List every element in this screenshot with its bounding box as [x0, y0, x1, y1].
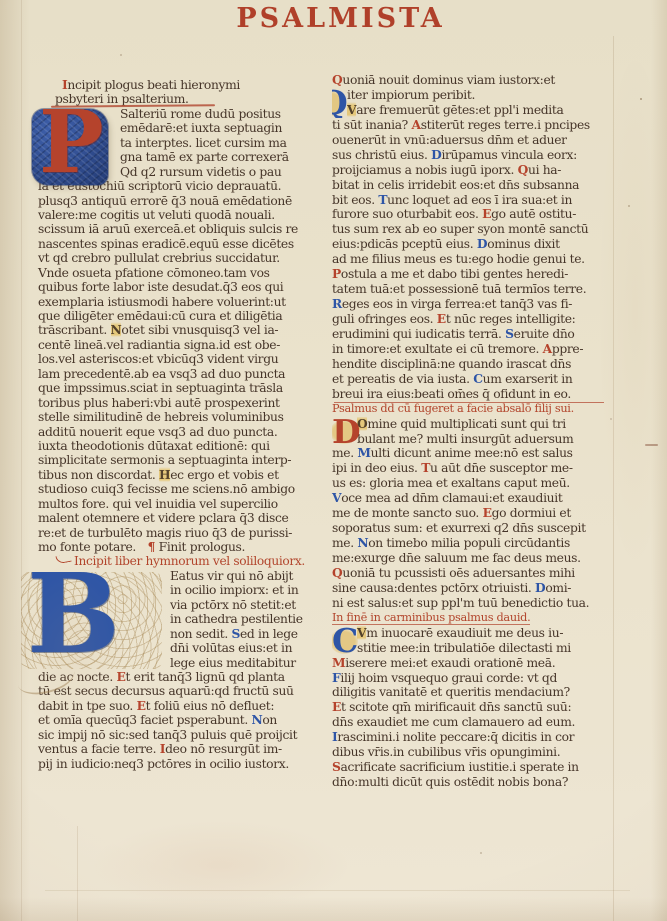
gutter-crease [21, 0, 22, 921]
text-line: stitie mee:in tribulatiōe dilectasti mi [332, 641, 614, 656]
text-line: studioso cuiq3 fecisse me sciens.nō ambi… [38, 482, 328, 496]
text-line: hendite disciplinā:ne quando irascat dn̄… [332, 357, 614, 372]
text-line: toribus plus haberi:vbi autē prospexerin… [38, 396, 328, 410]
text-line: ni est salus:et sup ppl'm tuū benedictio… [332, 596, 614, 611]
text-line: Vare fremuerūt gētes:et ppl'i medita [332, 103, 614, 118]
text-line: plusq3 antiquū errorē q̄3 nouā emēdation… [38, 194, 328, 208]
text-line: bulant me? multi insurgūt aduersum [332, 432, 614, 447]
verse-initial-d: D [431, 147, 441, 162]
text-line: Filij hoim vsquequo graui corde: vt qd [332, 671, 614, 686]
text-line: Reges eos in virga ferrea:et tanq̄3 vas … [332, 297, 614, 312]
drop-initial-d: D [332, 417, 357, 447]
illuminated-initial-b: B [21, 572, 162, 669]
verse-initial-c: C [473, 371, 482, 386]
illuminated-initial-p: P [32, 109, 108, 185]
text-line: erudimini qui iudicatis terrā. Seruite d… [332, 327, 614, 342]
text-line: Quoniā nouit dominus viam iustorx:et [332, 73, 614, 88]
text-line: Et scitote qm̄ mirificauit dn̄s sanctū s… [332, 700, 614, 715]
text-line: exemplaria istiusmodi habere voluerint:u… [38, 295, 328, 309]
verse-initial-s: S [332, 759, 341, 774]
ruling-line-right [613, 36, 614, 921]
text-line: Vnde osueta pfatione cōmoneo.tam vos [38, 266, 328, 280]
text-line: multos fore. qui vel inuidia vel superci… [38, 497, 328, 511]
text-line: et pereatis de via iusta. Cum exarserit … [332, 372, 614, 387]
verse-initial-i: I [332, 729, 337, 744]
text-line: sine causa:dentes pctōrx otriuisti. Domi… [332, 581, 614, 596]
text-line: us es: gloria mea et exaltans caput meū. [332, 476, 614, 491]
right-column: Quoniā nouit dominus viam iustorx:etQite… [332, 73, 614, 790]
verse-initial-q: Q [332, 565, 342, 580]
text-line: me. Multi dicunt anime mee:nō est salus [332, 446, 614, 461]
verse-initial-p: P [332, 266, 341, 281]
verse-initial-n: N [357, 535, 368, 550]
verse-initial-r: R [332, 296, 342, 311]
parchment-stain [90, 820, 350, 910]
verse-initial-m: M [332, 655, 345, 670]
verse-initial-h: H [159, 467, 170, 482]
text-line: tū est secus decursus aquarū:qd fructū s… [38, 684, 328, 698]
text-line: dibus vr̄is.in cubilibus vr̄is opungimin… [332, 745, 614, 760]
text-line: malent otemnere et videre pclara q̄3 dis… [38, 511, 328, 525]
verse-initial-t: T [378, 192, 387, 207]
verse-initial-d: D [535, 580, 545, 595]
text-line: dn̄s exaudiet me cum clamauero ad eum. [332, 715, 614, 730]
text-line: ouenerūt in vnū:aduersus dn̄m et aduer [332, 133, 614, 148]
text-line: Omine quid multiplicati sunt qui tri [332, 417, 614, 432]
verse-initial-q: Q [332, 72, 342, 87]
text-line: tus sum rex ab eo super syon montē sanct… [332, 222, 614, 237]
text-line: centē lineā.vel radiantia signa.id est o… [38, 338, 328, 352]
verse-with-drop-initial: Qiter impiorum peribit.Vare fremuerūt gē… [332, 88, 614, 118]
text-line: breui ira eius:beati om̄es q̄ ofidunt in… [332, 387, 614, 402]
verse-initial-s: S [231, 626, 240, 641]
text-line: soporatus sum: et exurrexi q2 dn̄s susce… [332, 521, 614, 536]
rubric-text: Psalmus dd cū fugeret a facie absalō fil… [332, 402, 574, 415]
text-line: additū nouerit eque vsq3 ad duo puncta. [38, 425, 328, 439]
text-line: Irascimini.i nolite peccare:q̄ dicitis i… [332, 730, 614, 745]
text-line: me. Non timebo milia populi circūdantis [332, 536, 614, 551]
text-line: et omīa quecūq3 faciet psperabunt. Non [38, 713, 328, 727]
initial-letter: P [39, 97, 104, 189]
manuscript-page: PSALMISTA Incipit plogus beati hieronymi… [0, 0, 667, 921]
text-line: los.vel asteriscos:et vbicūq3 vident vir… [38, 352, 328, 366]
verse-initial-i: I [62, 77, 67, 92]
verse-with-drop-initial: DOmine quid multiplicati sunt qui tribul… [332, 417, 614, 447]
verse-initial-a: A [411, 117, 420, 132]
text-line: sic impij nō sic:sed tanq̄3 puluis quē p… [38, 728, 328, 742]
text-line: Incipit plogus beati hieronymi [62, 78, 328, 92]
ruling-line-bottom [45, 890, 630, 891]
verse-initial-e: E [437, 311, 446, 326]
verse-initial-t: T [421, 460, 430, 475]
text-line: ventus a facie terre. Ideo nō resurgūt i… [38, 742, 328, 756]
text-line: trāscribant. Notet sibi vnusquisq3 vel i… [38, 323, 328, 337]
rubric-text: In finē in carminibus psalmus dauid. [332, 611, 530, 625]
text-line: Miserere mei:et exaudi orationē meā. [332, 656, 614, 671]
text-line: que impssimus.sciat in septuaginta trāsl… [38, 381, 328, 395]
parchment-specks [640, 98, 642, 100]
text-line: iter impiorum peribit. [332, 88, 614, 103]
text-line: sus christū eius. Dirūpamus vincula eorx… [332, 148, 614, 163]
ruling-line-left-bottom [77, 826, 78, 921]
text-line: tibus non discordat. Hec ergo et vobis e… [38, 468, 328, 482]
verse-initial-e: E [332, 699, 341, 714]
text-line: me de monte sancto suo. Ego dormiui et [332, 506, 614, 521]
verse-initial-v: V [357, 626, 366, 640]
verse-initial-a: A [543, 341, 552, 356]
verse-initial-v: V [332, 490, 341, 505]
text-line: furore suo oturbabit eos. Ego autē ostit… [332, 207, 614, 222]
page-title: PSALMISTA [236, 3, 444, 34]
text-line: me:exurge dn̄e saluum me fac deus meus. [332, 551, 614, 566]
text-line: lam precedentē.ab ea vsq3 ad duo puncta [38, 367, 328, 381]
verse-initial-¶: ¶ [148, 539, 155, 554]
left-column: Incipit plogus beati hieronymipsbyteri i… [38, 78, 328, 771]
text-line: Vm inuocarē exaudiuit me deus iu- [332, 626, 614, 641]
verse-with-drop-initial: CVm inuocarē exaudiuit me deus iu-stitie… [332, 626, 614, 656]
initial-letter: B [27, 559, 120, 669]
text-line: eius:pdicās pceptū eius. Dominus dixit [332, 237, 614, 252]
verse-initial-s: S [505, 326, 514, 341]
text-line: Sacrificate sacrificium iustitie.i spera… [332, 760, 614, 775]
text-line: Voce mea ad dn̄m clamaui:et exaudiuit [332, 491, 614, 506]
text-line: bitat in celis irridebit eos:et dn̄s sub… [332, 178, 614, 193]
verse-initial-f: F [332, 670, 340, 685]
text-line: Postula a me et dabo tibi gentes heredi- [332, 267, 614, 282]
verse-initial-q: Q [518, 162, 528, 177]
verse-initial-n: N [111, 322, 122, 337]
margin-mark [645, 444, 658, 446]
text-line: ad me filius meus es tu:ego hodie genui … [332, 252, 614, 267]
text-line: nascentes spinas eradicē.equū esse dicēt… [38, 237, 328, 251]
text-line: ti sūt inania? Astiterūt reges terre.i p… [332, 118, 614, 133]
text-line: pij in iudicio:neq3 pctōres in ocilio iu… [38, 757, 328, 771]
text-line: guli ofringes eos. Et nūc reges intellig… [332, 312, 614, 327]
text-line: bit eos. Tunc loquet ad eos ī ira sua:et… [332, 193, 614, 208]
text-line: re:et de turbulēto magis riuo q̄3 de pur… [38, 526, 328, 540]
verse-initial-m: M [357, 445, 370, 460]
text-line: stelle similitudinē de hebreis voluminib… [38, 410, 328, 424]
rubric: Psalmus dd cū fugeret a facie absalō fil… [332, 402, 614, 417]
text-line: iuxta theodotionis dūtaxat editionē: qui [38, 439, 328, 453]
text-line: dn̄o:multi dicūt quis ostēdit nobis bona… [332, 775, 614, 790]
verse-initial-e: E [483, 505, 492, 520]
text-line: Quoniā tu pcussisti oēs aduersantes mihi [332, 566, 614, 581]
verse-initial-v: V [347, 102, 356, 117]
text-line: vt qd crebro pullulat crebrius succidatu… [38, 251, 328, 265]
verse-initial-e: E [482, 206, 491, 221]
text-line: diligitis vanitatē et queritis mendacium… [332, 685, 614, 700]
text-line: simplicitate sermonis a septuaginta inte… [38, 453, 328, 467]
drop-initial-c: C [332, 626, 357, 656]
text-line: scissum iā aruū exerceā.et obliquis sulc… [38, 222, 328, 236]
verse-initial-e: E [137, 698, 146, 713]
verse-initial-d: D [477, 236, 487, 251]
verse-initial-n: N [251, 712, 262, 727]
page-heading: PSALMISTA [0, 3, 667, 34]
text-line: valere:me cogitis ut veluti quodā nouali… [38, 208, 328, 222]
text-line: tatem tuā:et possessionē tuā termīos ter… [332, 282, 614, 297]
text-line: quibus forte labor iste desudat.q̄3 eos … [38, 280, 328, 294]
text-line: in timore:et exultate ei cū tremore. App… [332, 342, 614, 357]
text-line: proijciamus a nobis iugū iporx. Qui ha- [332, 163, 614, 178]
text-line: que diligēter emēdaui:cū cura et diligēt… [38, 309, 328, 323]
text-line: ipi in deo eius. Tu aūt dn̄e susceptor m… [332, 461, 614, 476]
verse-initial-i: I [160, 741, 165, 756]
rubric: In finē in carminibus psalmus dauid. [332, 611, 614, 626]
text-line: dabit in tpe suo. Et foliū eius nō deflu… [38, 699, 328, 713]
drop-initial-q: Q [332, 88, 344, 118]
